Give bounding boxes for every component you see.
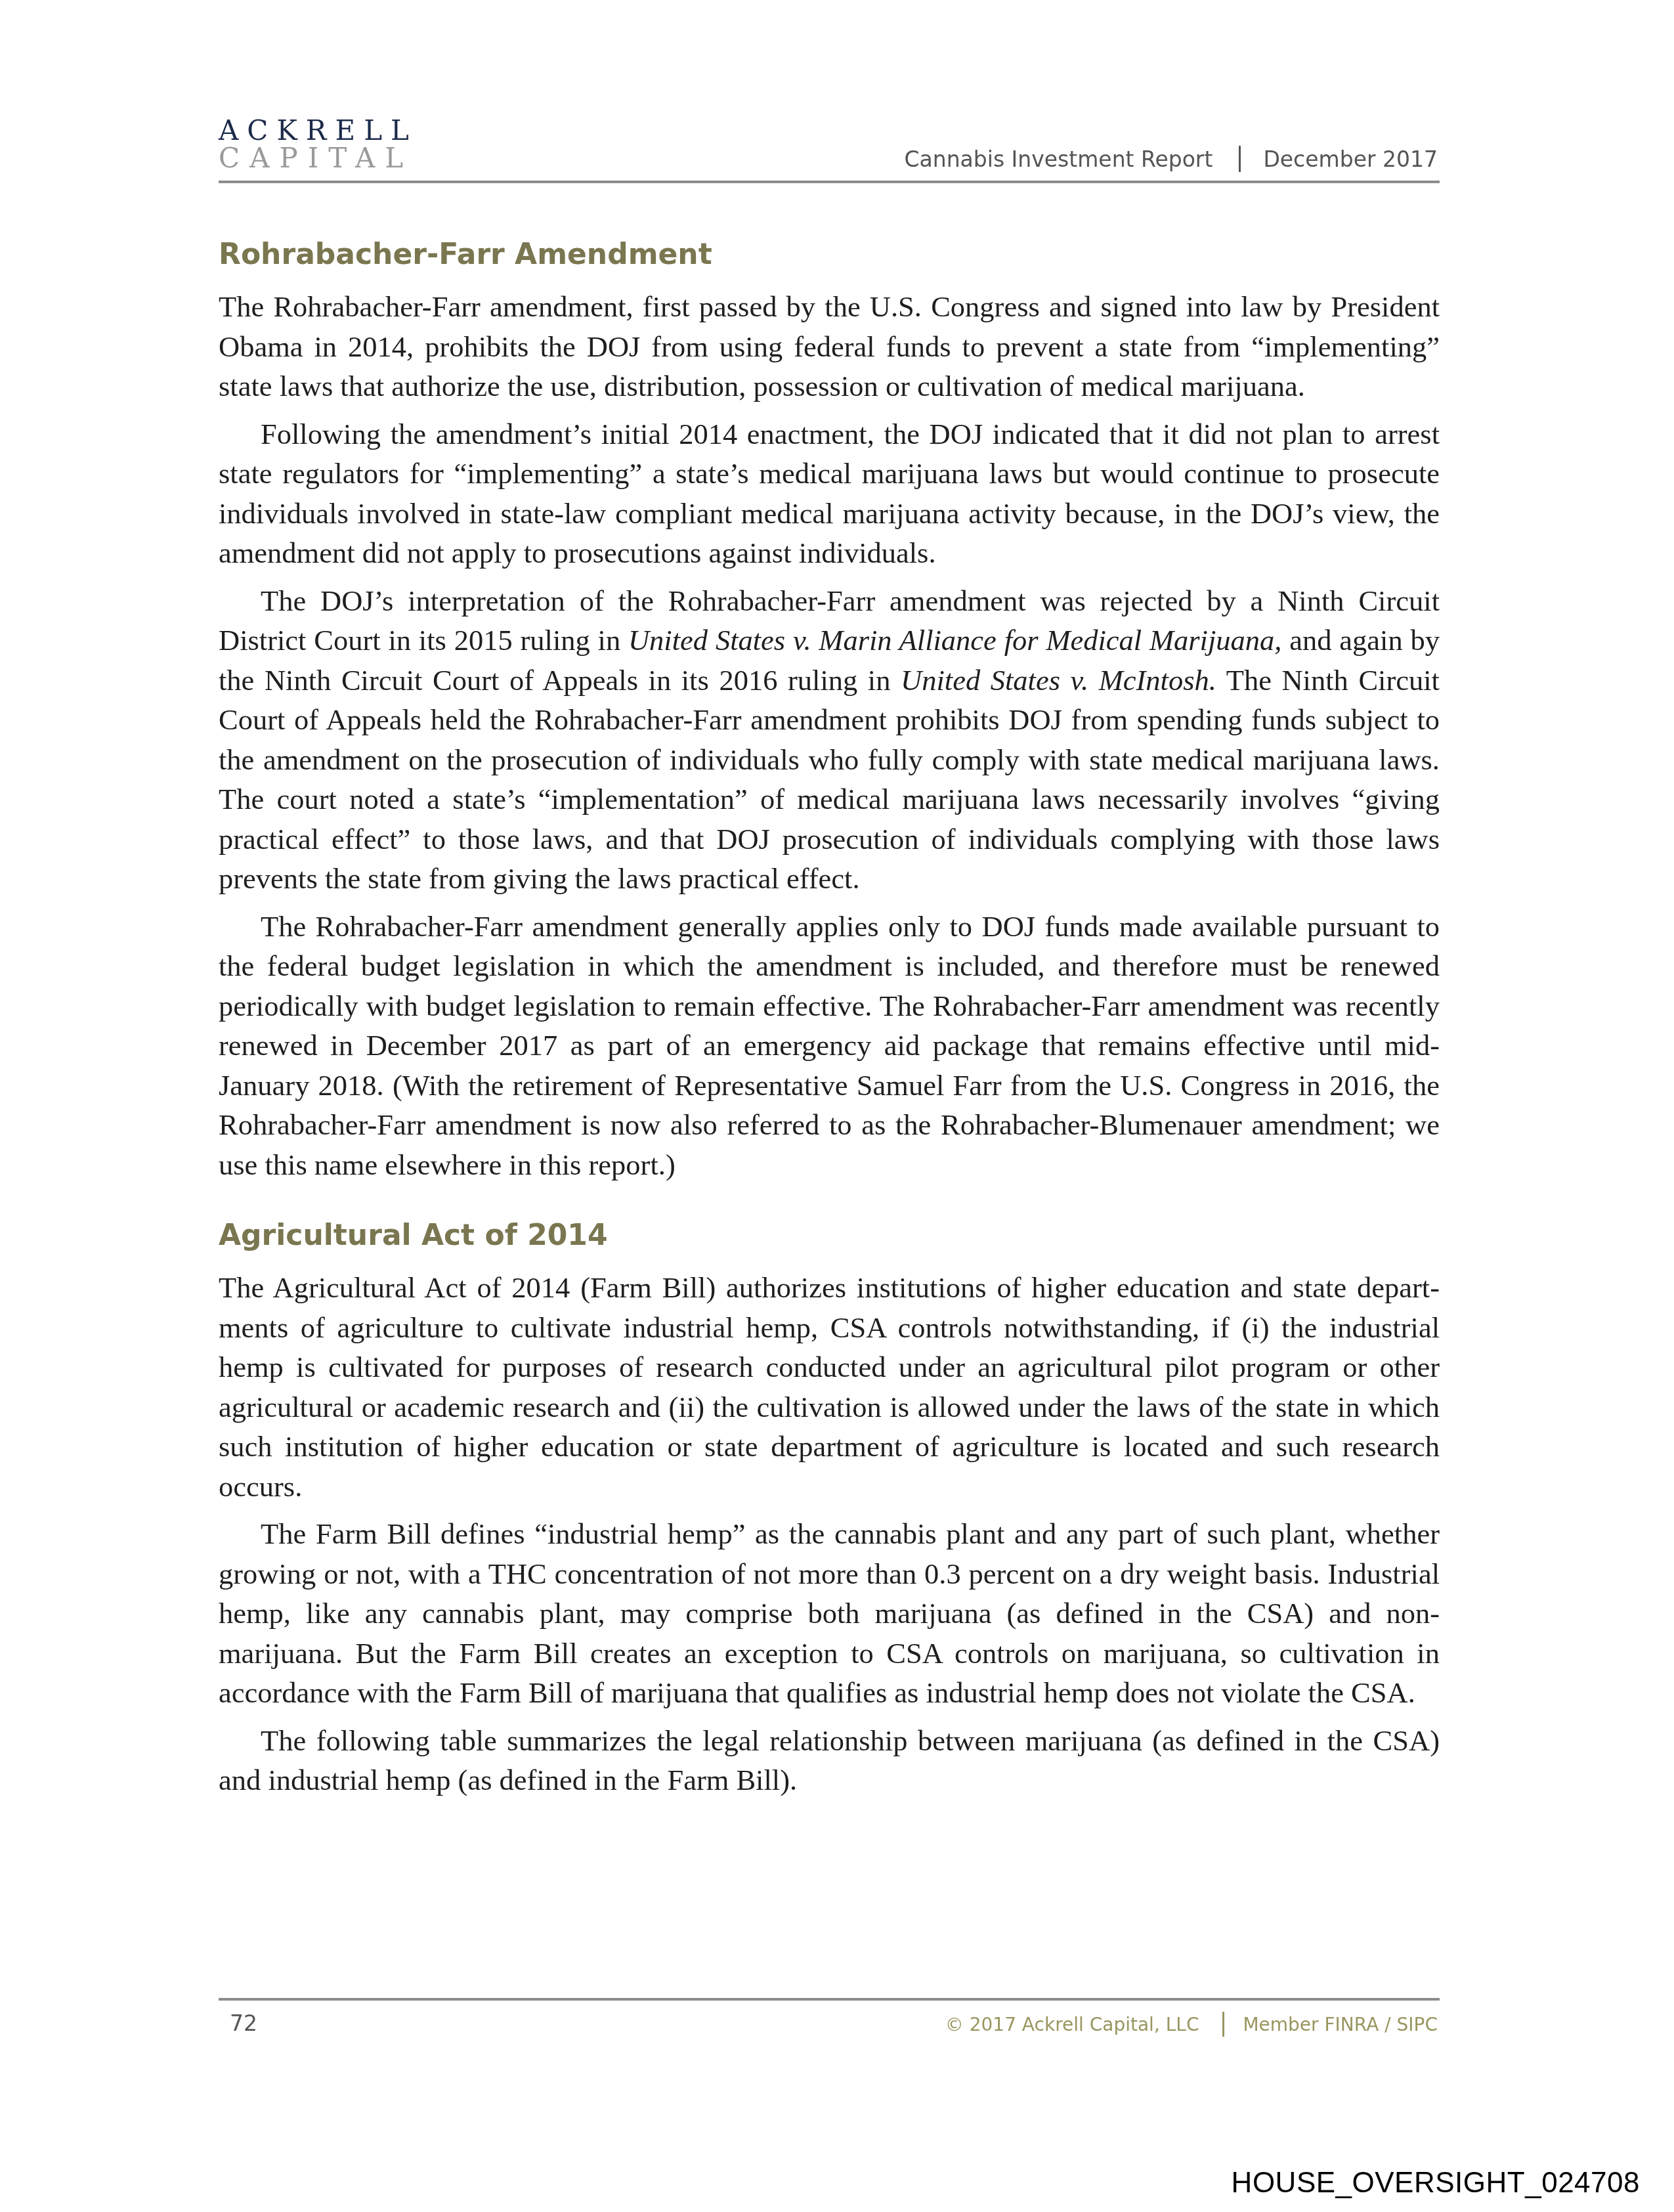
running-header: Cannabis Investment Report December 2017 [904,146,1438,172]
section-rohrabacher-farr: Rohrabacher-Farr Amendment The Rohrabach… [219,236,1440,1184]
paragraph: The Rohrabacher-Farr amendment, first pa… [219,287,1440,406]
paragraph: The Rohrabacher-Farr amendment generally… [219,907,1440,1185]
document-page: ACKRELL CAPITAL Cannabis Investment Repo… [0,0,1674,2212]
logo-line-capital: CAPITAL [219,144,418,172]
logo-line-ackrell: ACKRELL [219,117,418,144]
case-citation-mcintosh: United States v. McIntosh. [901,664,1216,697]
copyright-notice: © 2017 Ackrell Capital, LLC [945,2014,1199,2035]
footer-divider [1222,2012,1224,2037]
paragraph: The following table summarizes the legal… [219,1721,1440,1800]
bates-number: HOUSE_OVERSIGHT_024708 [1232,2167,1640,2200]
section-agricultural-act: Agricultural Act of 2014 The Agricultura… [219,1217,1440,1800]
member-notice: Member FINRA / SIPC [1243,2014,1438,2035]
page-number: 72 [230,2010,257,2036]
ackrell-capital-logo: ACKRELL CAPITAL [219,117,418,172]
footer-rule [219,1998,1440,2001]
case-citation-marin-alliance: United States v. Marin Alliance for Medi… [628,624,1282,657]
header-rule [219,181,1440,183]
paragraph: The Agricultural Act of 2014 (Farm Bill)… [219,1268,1440,1506]
footer-legal: © 2017 Ackrell Capital, LLC Member FINRA… [945,2012,1438,2037]
paragraph: The Farm Bill defines “industrial hemp” … [219,1514,1440,1713]
report-date: December 2017 [1263,146,1438,172]
section-heading: Rohrabacher-Farr Amendment [219,236,1440,272]
paragraph: Following the amendment’s initial 2014 e… [219,414,1440,573]
paragraph-with-case-citations: The DOJ’s interpretation of the Rohrabac… [219,581,1440,899]
section-heading: Agricultural Act of 2014 [219,1217,1440,1253]
main-content: Rohrabacher-Farr Amendment The Rohrabach… [219,236,1440,1808]
text-run: The Ninth Circuit Court of Appeals held … [219,664,1440,896]
report-title: Cannabis Investment Report [904,146,1213,172]
header-divider [1239,146,1241,172]
